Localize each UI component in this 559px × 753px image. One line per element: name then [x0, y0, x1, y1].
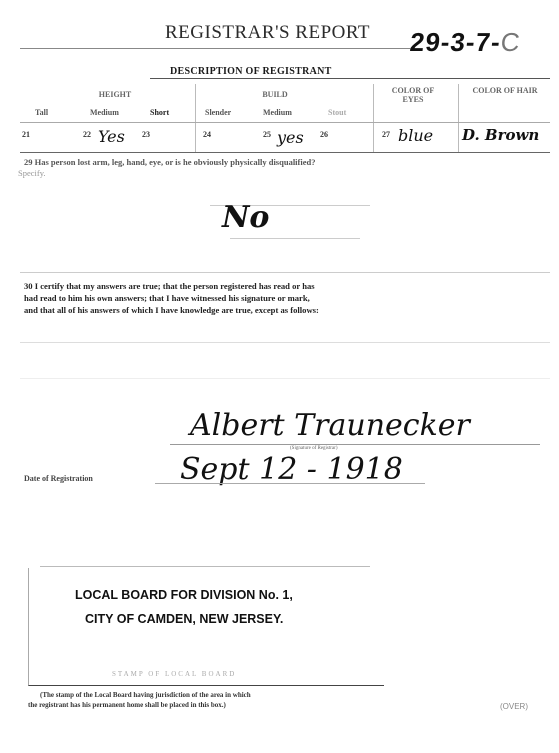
col-short: Short [150, 108, 169, 117]
blank-line [20, 378, 550, 379]
col-stout: Stout [328, 108, 346, 117]
field-num-22: 22 [83, 130, 91, 139]
column-divider [195, 84, 196, 152]
column-divider [458, 84, 459, 152]
field-value-medium-build: yes [277, 128, 304, 147]
registrar-signature: Albert Traunecker [190, 408, 470, 443]
question-29-answer: No [222, 200, 269, 235]
divider [20, 48, 410, 49]
local-board-line-1: LOCAL BOARD FOR DIVISION No. 1, [75, 583, 293, 607]
col-slender: Slender [205, 108, 231, 117]
field-num-23: 23 [142, 130, 150, 139]
divider [150, 78, 550, 79]
row-divider [20, 122, 550, 123]
blank-line [20, 342, 550, 343]
group-hair: COLOR OF HAIR [470, 86, 540, 95]
serial-number: 29-3-7-C [408, 27, 522, 58]
certification-line-3: and that all of his answers of which I h… [24, 304, 549, 316]
serial-number-suffix: C [499, 27, 522, 57]
stamp-caption: STAMP OF LOCAL BOARD [112, 670, 236, 678]
col-tall: Tall [35, 108, 48, 117]
over-label: (OVER) [500, 702, 528, 711]
signature-caption: (Signature of Registrar) [290, 446, 338, 451]
footer-note-line-2: the registrant has his permanent home sh… [28, 700, 388, 710]
serial-number-main: 29-3-7- [408, 27, 502, 57]
question-29-specify: Specify. [18, 168, 46, 178]
certification-line-2: had read to him his own answers; that I … [24, 292, 549, 304]
group-build: BUILD [230, 90, 320, 99]
signature-line [170, 444, 540, 445]
row-divider [20, 152, 550, 153]
divider [20, 272, 550, 273]
footer-note-line-1: (The stamp of the Local Board having jur… [28, 690, 388, 700]
field-value-hair-color: D. Brown [462, 126, 539, 144]
divider [40, 566, 370, 567]
certification-line-1: 30 I certify that my answers are true; t… [24, 280, 549, 292]
date-line [155, 483, 425, 484]
group-eyes: COLOR OF EYES [383, 86, 443, 104]
field-num-25: 25 [263, 130, 271, 139]
section-title: DESCRIPTION OF REGISTRANT [170, 66, 332, 77]
field-num-27: 27 [382, 130, 390, 139]
field-num-26: 26 [320, 130, 328, 139]
date-of-registration-value: Sept 12 - 1918 [180, 452, 403, 487]
local-board-stamp: LOCAL BOARD FOR DIVISION No. 1, CITY OF … [75, 583, 293, 631]
field-num-24: 24 [203, 130, 211, 139]
field-num-21: 21 [22, 130, 30, 139]
answer-line [230, 238, 360, 239]
question-29: 29 Has person lost arm, leg, hand, eye, … [24, 157, 315, 167]
group-height: HEIGHT [70, 90, 160, 99]
column-divider [373, 84, 374, 152]
date-of-registration-label: Date of Registration [24, 474, 93, 483]
certification-text: 30 I certify that my answers are true; t… [24, 280, 549, 316]
local-board-line-2: CITY OF CAMDEN, NEW JERSEY. [75, 607, 293, 631]
report-title: REGISTRAR'S REPORT [165, 22, 370, 44]
col-medium-height: Medium [90, 108, 119, 117]
col-medium-build: Medium [263, 108, 292, 117]
field-value-medium-height: Yes [98, 127, 125, 146]
footer-note: (The stamp of the Local Board having jur… [28, 690, 388, 710]
field-value-eye-color: blue [398, 126, 433, 145]
